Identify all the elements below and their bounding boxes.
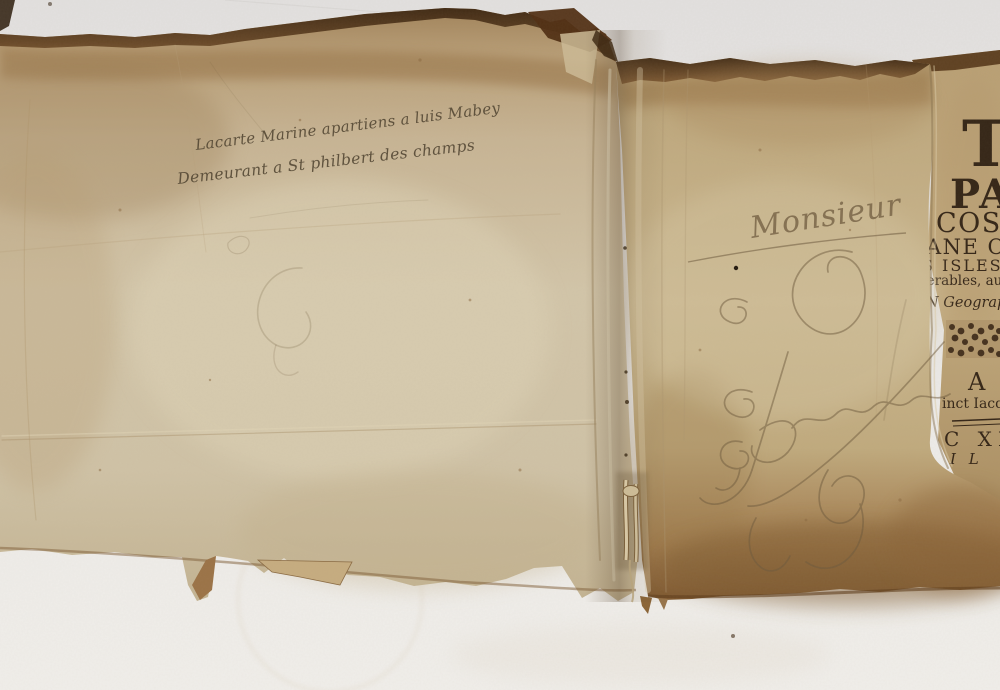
photo-antique-book: T PA COST ANE O S ISLES, derables, auc N… (0, 0, 1000, 690)
book-photo-svg: T PA COST ANE O S ISLES, derables, auc N… (0, 0, 1000, 690)
paper-grain-texture (0, 0, 1000, 690)
